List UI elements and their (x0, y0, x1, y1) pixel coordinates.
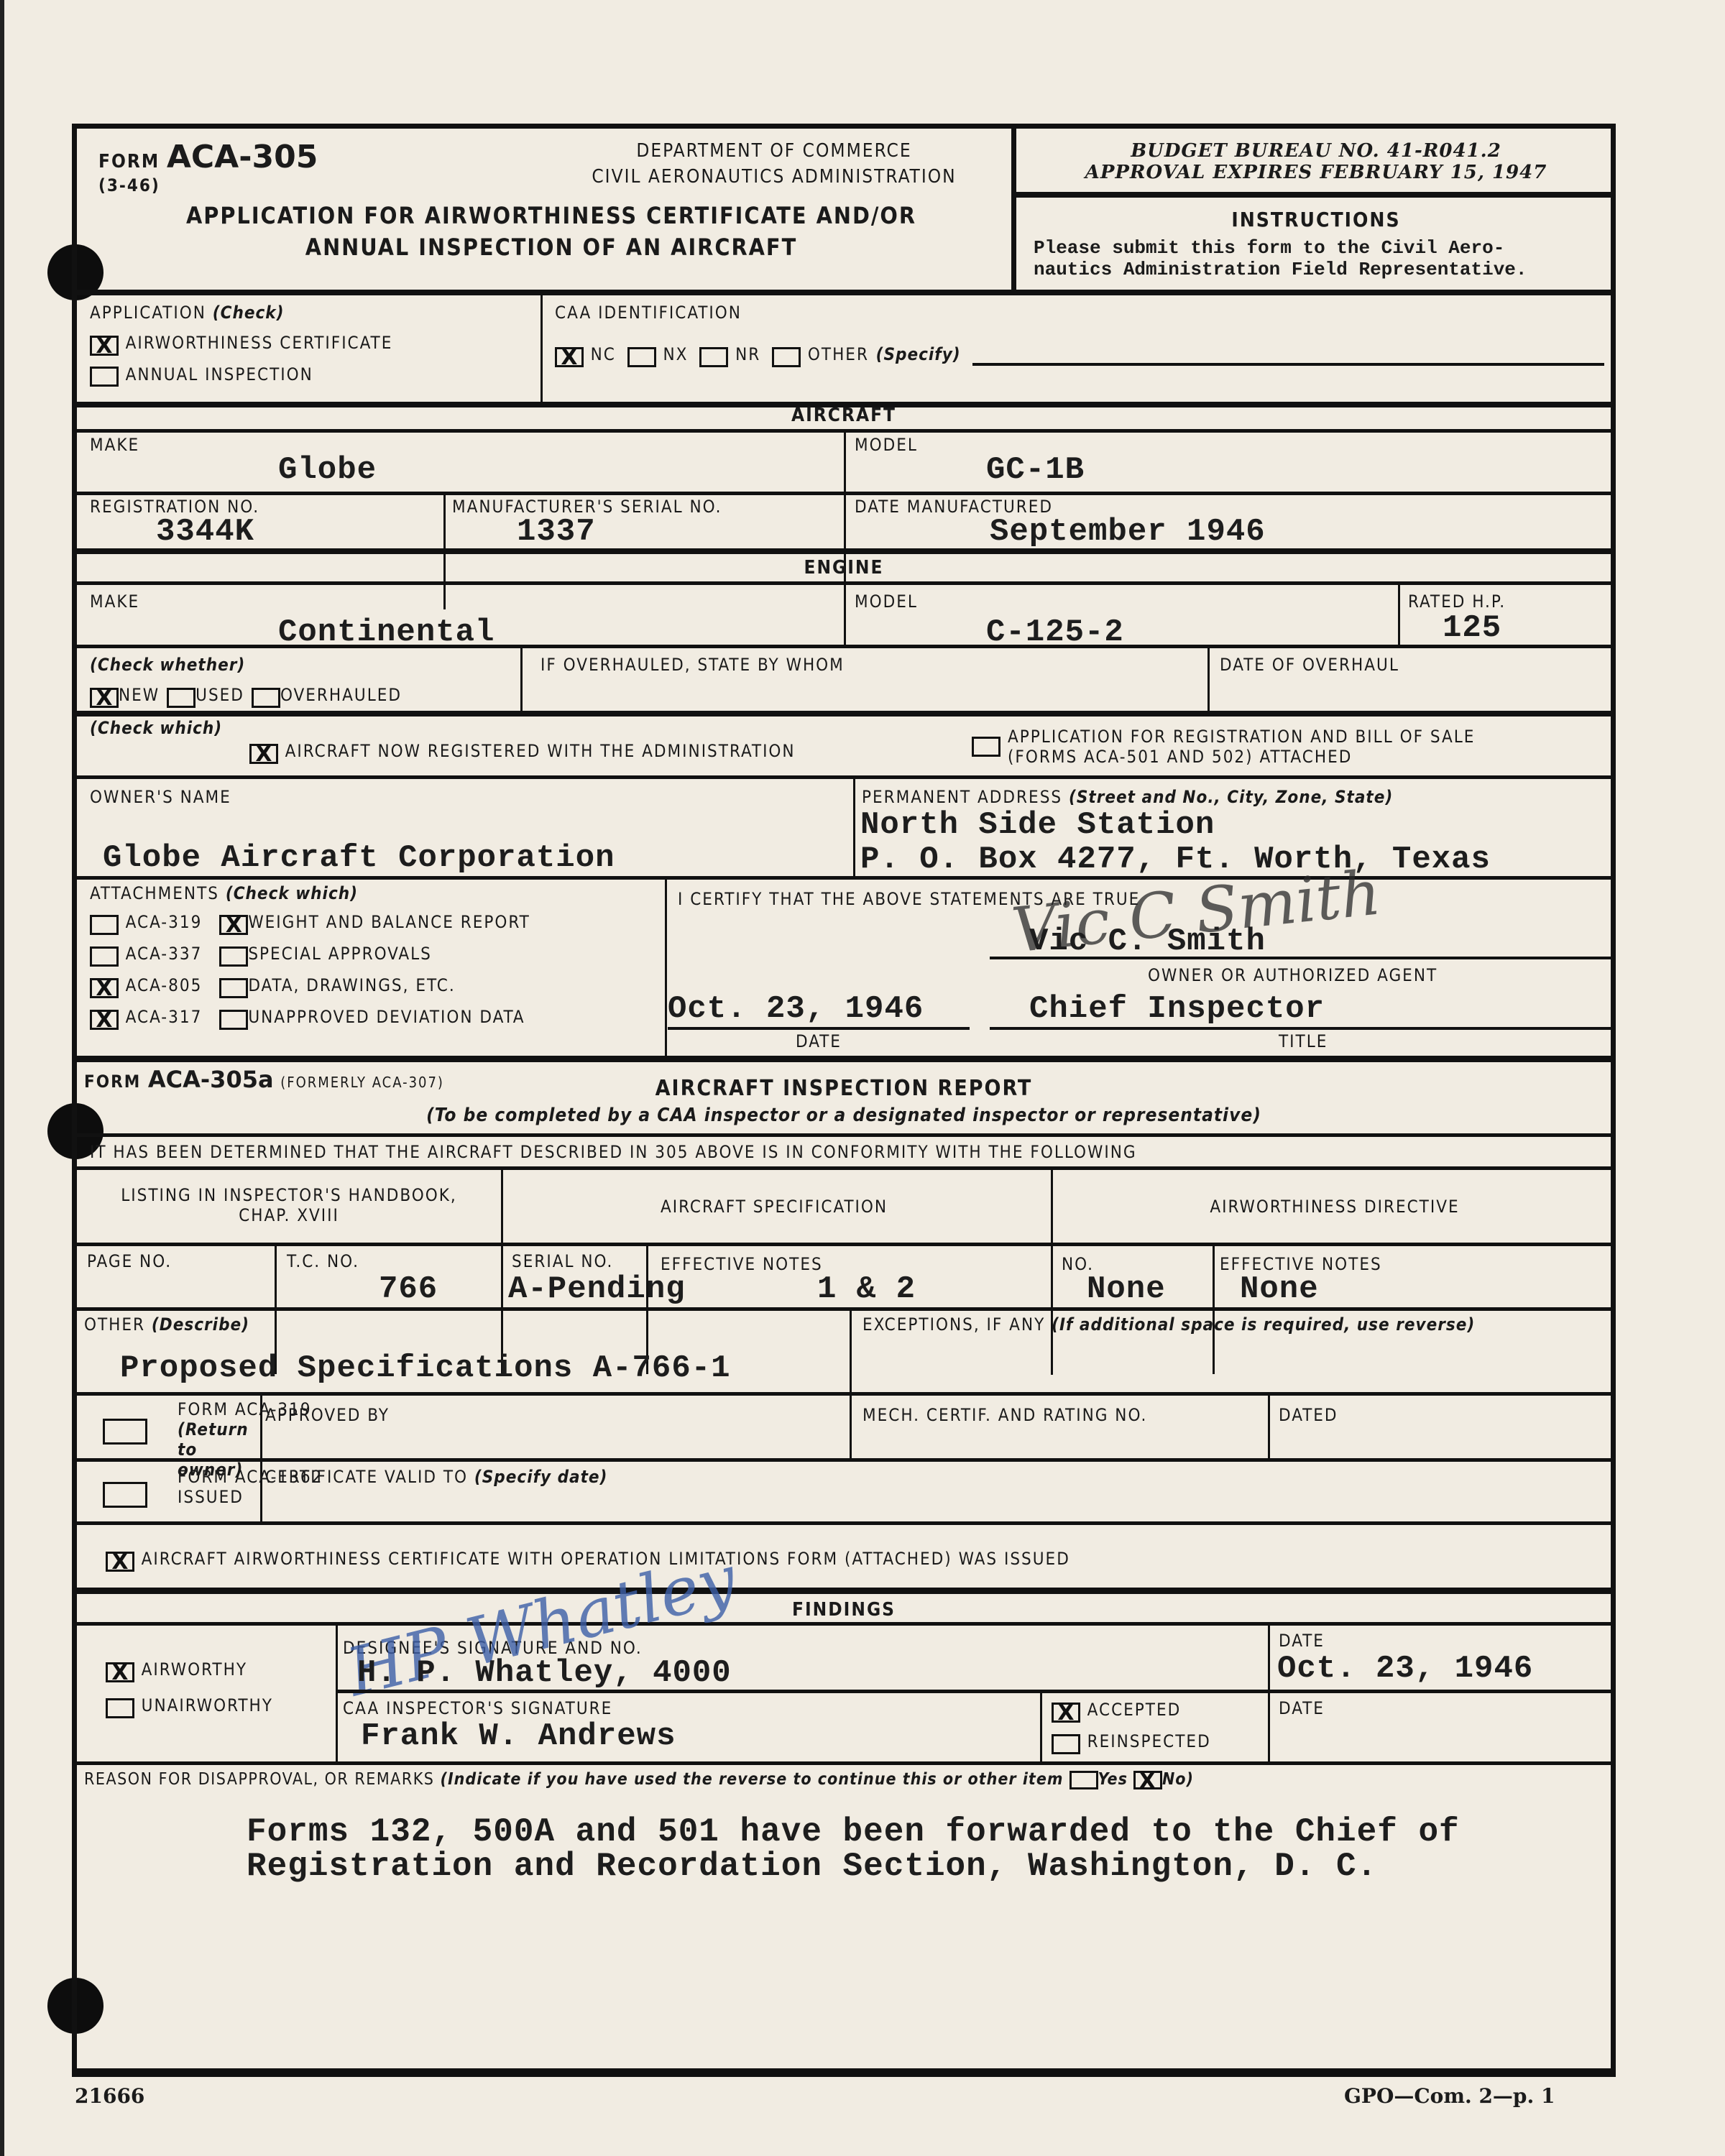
checkbox-icon[interactable] (1052, 1703, 1080, 1723)
checkbox-icon[interactable] (90, 915, 119, 935)
other-value[interactable]: Proposed Specifications A-766-1 (120, 1350, 731, 1386)
engine-section-title: ENGINE (77, 557, 1611, 579)
divider (1040, 1692, 1042, 1762)
checkbox-data-drawings[interactable]: DATA, DRAWINGS, ETC. (219, 975, 530, 1007)
designee-date-label: DATE (1279, 1631, 1325, 1651)
checkbox-icon[interactable] (219, 1010, 248, 1030)
checkbox-aca-317[interactable]: ACA-317 (90, 1007, 202, 1038)
aircraft-model-value[interactable]: GC-1B (986, 452, 1085, 488)
checkbox-icon[interactable] (699, 347, 728, 367)
inspector-date-label: DATE (1279, 1698, 1325, 1718)
form-title-line2: ANNUAL INSPECTION OF AN AIRCRAFT (120, 234, 983, 261)
checkbox-overhauled[interactable]: OVERHAULED (252, 685, 402, 708)
divider (520, 646, 523, 711)
application-hint: (Check) (213, 303, 285, 323)
attachments-label: ATTACHMENTS (90, 883, 219, 903)
remarks-line1[interactable]: Forms 132, 500A and 501 have been forwar… (247, 1813, 1460, 1851)
divider (1207, 646, 1210, 711)
approved-by-label: APPROVED BY (265, 1405, 390, 1425)
checkbox-icon[interactable] (627, 347, 656, 367)
engine-condition-label: (Check whether) (90, 655, 402, 675)
checkbox-nx[interactable]: NX (627, 344, 689, 367)
engine-model-label: MODEL (855, 591, 918, 612)
checkbox-icon[interactable] (167, 688, 195, 708)
address-line2[interactable]: P. O. Box 4277, Ft. Worth, Texas (860, 842, 1491, 877)
aircraft-make-value[interactable]: Globe (278, 452, 377, 488)
signer-name[interactable]: Vic C. Smith (1029, 923, 1266, 959)
other-hint: (Describe) (152, 1314, 249, 1335)
approved-by-field[interactable] (265, 1429, 833, 1458)
signature-line (990, 957, 1615, 959)
checkbox-icon[interactable] (103, 1482, 147, 1508)
remarks-line2[interactable]: Registration and Recordation Section, Wa… (247, 1848, 1377, 1885)
cert-valid-field[interactable] (265, 1491, 1559, 1519)
listing-label: LISTING IN INSPECTOR'S HANDBOOK,CHAP. XV… (77, 1185, 501, 1225)
checkbox-yes[interactable]: Yes (1069, 1770, 1128, 1789)
checkbox-weight-balance[interactable]: WEIGHT AND BALANCE REPORT (219, 912, 530, 944)
certify-date[interactable]: Oct. 23, 1946 (668, 991, 924, 1027)
divider (665, 880, 667, 1056)
form-date: (3-46) (98, 175, 318, 195)
rule (77, 1166, 1611, 1170)
title-caption: TITLE (1279, 1031, 1328, 1051)
cert-valid-label: CERTIFICATE VALID TO (265, 1467, 468, 1487)
dated-field[interactable] (1279, 1429, 1609, 1458)
owner-name-label: OWNER'S NAME (90, 787, 231, 807)
checkbox-no[interactable]: No) (1133, 1770, 1194, 1789)
spec-notes-label: EFFECTIVE NOTES (661, 1254, 823, 1274)
address-line1[interactable]: North Side Station (860, 807, 1215, 843)
checkbox-annual-inspection[interactable]: ANNUAL INSPECTION (90, 364, 392, 387)
manufacturer-serial-value[interactable]: 1337 (517, 514, 596, 550)
remarks-hint: (Indicate if you have used the reverse t… (441, 1770, 1064, 1789)
checkbox-used[interactable]: USED (167, 685, 244, 708)
instructions-line1: Please submit this form to the Civil Aer… (1016, 237, 1616, 259)
divider (1398, 583, 1400, 645)
other-specify-field[interactable] (972, 346, 1604, 366)
address-label: PERMANENT ADDRESS (862, 787, 1062, 807)
checkbox-airworthiness-certificate[interactable]: AIRWORTHINESS CERTIFICATE (90, 333, 392, 356)
rule (77, 1521, 1611, 1525)
rule (77, 775, 1611, 779)
rule (77, 548, 1611, 554)
rule (77, 1056, 1611, 1062)
divider (853, 777, 855, 876)
checkbox-icon[interactable] (219, 946, 248, 967)
checkbox-icon[interactable] (219, 915, 248, 935)
attachments-group: ATTACHMENTS (Check which) ACA-319 ACA-33… (90, 883, 530, 1038)
ad-no-value[interactable]: None (1087, 1271, 1166, 1307)
divider (1268, 1393, 1270, 1458)
inspector-date-field[interactable] (1279, 1720, 1609, 1749)
checkbox-new[interactable]: NEW (90, 685, 160, 708)
overhaul-date-label: DATE OF OVERHAUL (1220, 655, 1399, 675)
engine-make-label: MAKE (90, 591, 139, 612)
directive-label: AIRWORTHINESS DIRECTIVE (1051, 1197, 1619, 1217)
designee-value[interactable]: H. P. Whatley, 4000 (357, 1655, 732, 1691)
checkbox-icon[interactable] (106, 1552, 134, 1572)
remarks-header: REASON FOR DISAPPROVAL, OR REMARKS (Indi… (84, 1770, 1194, 1789)
checkbox-icon[interactable] (1133, 1771, 1162, 1789)
checkbox-icon[interactable] (90, 336, 119, 356)
checkbox-icon[interactable] (972, 737, 1000, 757)
overhaul-date-field[interactable] (1220, 675, 1593, 704)
checkbox-icon[interactable] (1052, 1734, 1080, 1754)
checkbox-icon[interactable] (555, 347, 584, 367)
rule (77, 1622, 1611, 1626)
registration-value[interactable]: 3344K (156, 514, 254, 550)
caa-identification-section: CAA IDENTIFICATION NC NX NR OTHER (Speci… (555, 303, 1604, 367)
overhauled-by-field[interactable] (540, 675, 1044, 704)
divider (1268, 1624, 1270, 1762)
checkbox-icon[interactable] (219, 978, 248, 998)
checkbox-icon[interactable] (106, 1698, 134, 1718)
rule (77, 645, 1611, 648)
checkbox-aca-319[interactable]: ACA-319 (90, 912, 202, 944)
form-number: ACA-305 (167, 139, 318, 175)
checkbox-now-registered[interactable]: AIRCRAFT NOW REGISTERED WITH THE ADMINIS… (249, 741, 796, 764)
signer-caption: OWNER OR AUTHORIZED AGENT (1148, 965, 1437, 985)
title-line (990, 1027, 1615, 1030)
aircraft-make-label: MAKE (90, 435, 139, 455)
budget-box: BUDGET BUREAU NO. 41-R041.2 APPROVAL EXP… (1016, 129, 1616, 198)
form-frame: FORM ACA-305 (3-46) DEPARTMENT OF COMMER… (72, 124, 1616, 2077)
aircraft-model-label: MODEL (855, 435, 918, 455)
form-id: FORM ACA-305 (3-46) (98, 139, 318, 195)
other-label: OTHER (84, 1314, 145, 1335)
date-caption: DATE (796, 1031, 842, 1051)
ad-notes-value[interactable]: None (1240, 1271, 1319, 1307)
conformity-statement: IT HAS BEEN DETERMINED THAT THE AIRCRAFT… (90, 1142, 1137, 1162)
checkbox-unapproved-deviation[interactable]: UNAPPROVED DEVIATION DATA (219, 1007, 530, 1038)
rated-hp-value[interactable]: 125 (1443, 610, 1501, 646)
divider (540, 295, 543, 402)
administration: CIVIL AERONAUTICS ADMINISTRATION (523, 166, 1026, 188)
instructions-title: INSTRUCTIONS (1016, 208, 1616, 231)
inspector-value[interactable]: Frank W. Andrews (361, 1718, 676, 1754)
designee-date-value[interactable]: Oct. 23, 1946 (1277, 1651, 1533, 1687)
spec-notes-value[interactable]: 1 & 2 (817, 1271, 916, 1307)
spec-serial-label: SERIAL NO. (512, 1251, 613, 1271)
page-no-field[interactable] (87, 1279, 267, 1307)
exceptions-hint: (If additional space is required, use re… (1052, 1314, 1475, 1335)
exceptions-field[interactable] (862, 1365, 1610, 1408)
footer-left-code: 21666 (75, 2084, 144, 2108)
checkbox-icon[interactable] (90, 367, 119, 387)
remarks-label: REASON FOR DISAPPROVAL, OR REMARKS (84, 1770, 434, 1789)
checkbox-icon[interactable] (90, 688, 119, 708)
department: DEPARTMENT OF COMMERCE (523, 140, 1026, 162)
application-label: APPLICATION (90, 303, 206, 323)
footer-right-code: GPO—Com. 2—p. 1 (1344, 2084, 1555, 2108)
checkbox-icon[interactable] (252, 688, 280, 708)
certify-title[interactable]: Chief Inspector (1029, 991, 1325, 1027)
divider (844, 583, 846, 645)
checkbox-reinspected[interactable]: REINSPECTED (1052, 1731, 1211, 1754)
budget-line1: BUDGET BUREAU NO. 41-R041.2 (1016, 140, 1616, 162)
caa-label: CAA IDENTIFICATION (555, 303, 1604, 323)
checkbox-icon[interactable] (1069, 1771, 1098, 1789)
dated-label: DATED (1279, 1405, 1338, 1425)
checkbox-unairworthy[interactable]: UNAIRWORTHY (106, 1695, 273, 1718)
inspection-subtitle: (To be completed by a CAA inspector or a… (77, 1105, 1611, 1126)
page-edge (0, 0, 4, 2156)
checkbox-operation-limitations[interactable]: AIRCRAFT AIRWORTHINESS CERTIFICATE WITH … (106, 1549, 1070, 1572)
rule (77, 1588, 1611, 1594)
engine-condition-group: (Check whether) NEW USED OVERHAULED (90, 655, 402, 708)
address-hint: (Street and No., City, Zone, State) (1069, 787, 1393, 807)
divider (850, 1393, 852, 1458)
application-section: APPLICATION (Check) AIRWORTHINESS CERTIF… (90, 303, 392, 387)
date-manufactured-value[interactable]: September 1946 (990, 514, 1266, 550)
checkbox-icon[interactable] (90, 946, 119, 967)
rule (77, 711, 1611, 717)
mech-certif-label: MECH. CERTIF. AND RATING NO. (862, 1405, 1147, 1425)
rule (77, 1392, 1611, 1396)
spec-label: AIRCRAFT SPECIFICATION (501, 1197, 1047, 1217)
rule (77, 290, 1611, 295)
checkbox-icon[interactable] (90, 1010, 119, 1030)
checkbox-airworthy[interactable]: AIRWORTHY (106, 1659, 247, 1682)
spec-serial-value[interactable]: A-Pending (508, 1271, 686, 1307)
form-title-line1: APPLICATION FOR AIRWORTHINESS CERTIFICAT… (120, 202, 983, 229)
registration-status-label: (Check which) (90, 718, 222, 738)
checkbox-form-aca-319[interactable] (103, 1419, 147, 1445)
checkbox-registration-application[interactable]: APPLICATION FOR REGISTRATION AND BILL OF… (972, 727, 1475, 767)
checkbox-form-aca-1362[interactable] (103, 1482, 147, 1508)
rule (77, 1243, 1611, 1246)
overhauled-by-label: IF OVERHAULED, STATE BY WHOM (540, 655, 845, 675)
budget-line2: APPROVAL EXPIRES FEBRUARY 15, 1947 (1016, 162, 1616, 183)
rule (77, 1307, 1611, 1311)
checkbox-icon[interactable] (249, 744, 278, 764)
aircraft-section-title: AIRCRAFT (77, 405, 1611, 426)
divider (1011, 129, 1016, 290)
checkbox-icon[interactable] (103, 1419, 147, 1445)
rule (77, 1133, 1611, 1137)
page-no-label: PAGE NO. (87, 1251, 172, 1271)
rule (77, 876, 1611, 880)
findings-title: FINDINGS (77, 1599, 1611, 1621)
rule (77, 1761, 1611, 1765)
date-line (668, 1027, 970, 1030)
checkbox-icon[interactable] (772, 347, 801, 367)
rule (77, 492, 1611, 495)
divider (336, 1624, 338, 1762)
rule (77, 1458, 1611, 1462)
tc-no-value[interactable]: 766 (379, 1271, 438, 1307)
checkbox-special-approvals[interactable]: SPECIAL APPROVALS (219, 944, 530, 975)
instructions-line2: nautics Administration Field Representat… (1016, 259, 1616, 280)
checkbox-aca-337[interactable]: ACA-337 (90, 944, 202, 975)
cert-valid-hint: (Specify date) (474, 1467, 608, 1487)
rated-hp-label: RATED H.P. (1408, 591, 1506, 612)
instructions-box: INSTRUCTIONS Please submit this form to … (1016, 203, 1616, 280)
inspection-title: AIRCRAFT INSPECTION REPORT (77, 1076, 1611, 1101)
owner-name-value[interactable]: Globe Aircraft Corporation (103, 840, 615, 876)
checkbox-accepted[interactable]: ACCEPTED (1052, 1700, 1181, 1723)
attachments-hint: (Check which) (226, 883, 358, 903)
mech-certif-field[interactable] (862, 1429, 1186, 1458)
rule (336, 1690, 1611, 1693)
checkbox-nc[interactable]: NC (555, 344, 616, 367)
inspector-signature-label: CAA INSPECTOR'S SIGNATURE (343, 1698, 612, 1718)
checkbox-nr[interactable]: NR (699, 344, 760, 367)
checkbox-other[interactable]: OTHER (Specify) (772, 344, 960, 367)
checkbox-icon[interactable] (90, 978, 119, 998)
checkbox-aca-805[interactable]: ACA-805 (90, 975, 202, 1007)
checkbox-icon[interactable] (106, 1662, 134, 1682)
tc-no-label: T.C. NO. (287, 1251, 359, 1271)
exceptions-label: EXCEPTIONS, IF ANY (862, 1314, 1045, 1335)
